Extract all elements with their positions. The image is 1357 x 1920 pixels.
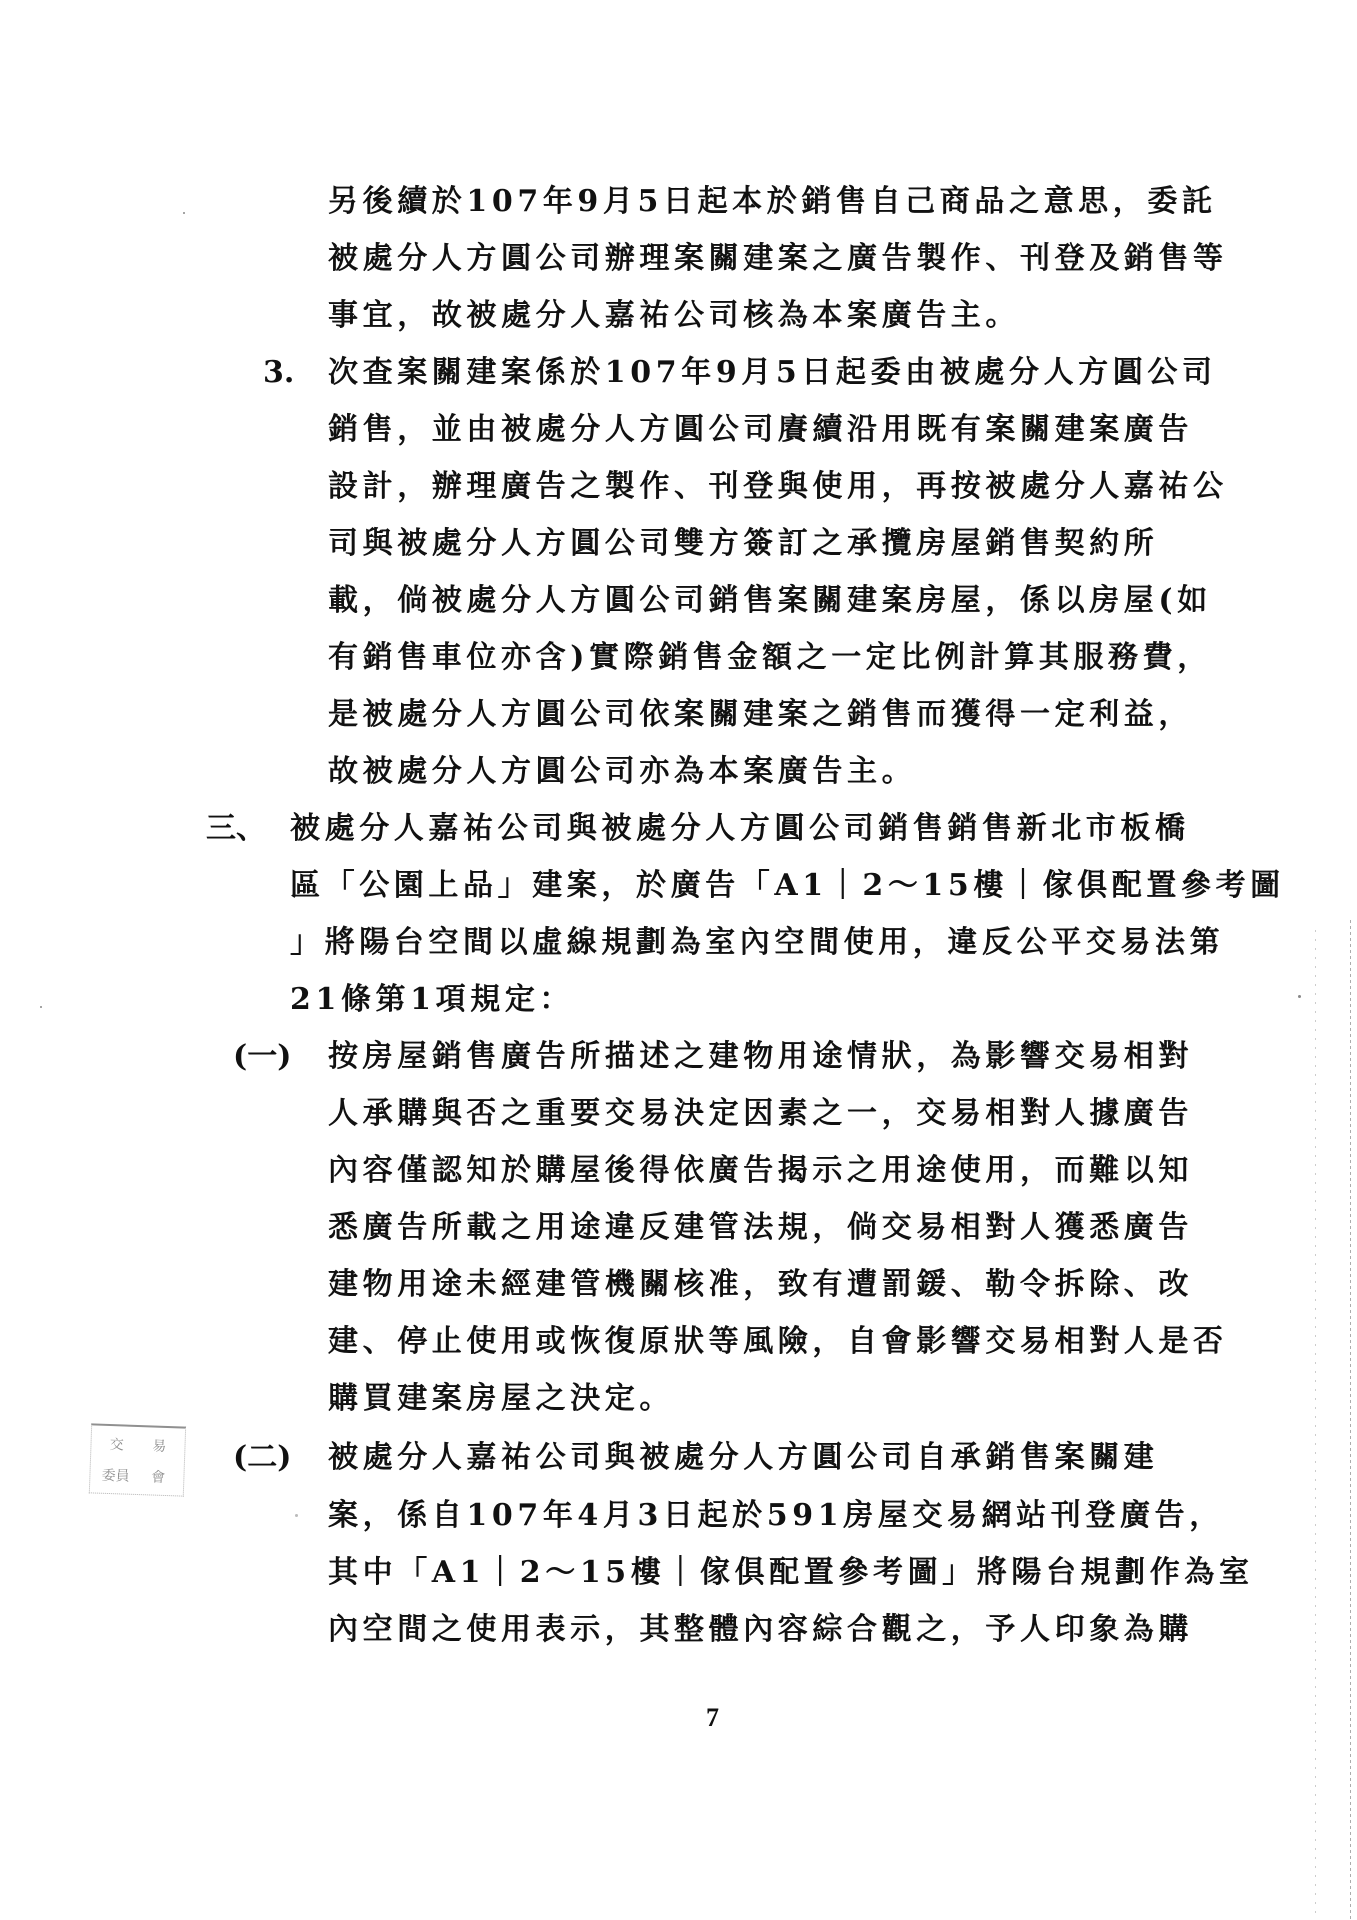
body-line: 被處分人嘉祐公司與被處分人方圓公司自承銷售案關建 [328, 1438, 1158, 1478]
body-line: 案，係自107年4月3日起於591房屋交易網站刊登廣告， [328, 1496, 1224, 1536]
scan-speck [1298, 995, 1301, 998]
scan-edge-line [1350, 920, 1351, 1920]
page-number: 7 [706, 1703, 719, 1733]
section-heading-line: 」將陽台空間以虛線規劃為室內空間使用，違反公平交易法第 [290, 923, 1224, 963]
body-line: 內空間之使用表示，其整體內容綜合觀之，予人印象為購 [328, 1610, 1193, 1650]
body-line: 按房屋銷售廣告所描述之建物用途情狀，為影響交易相對 [328, 1037, 1193, 1077]
body-line: 另後續於107年9月5日起本於銷售自己商品之意思，委託 [328, 182, 1217, 222]
body-line: 購買建案房屋之決定。 [328, 1379, 674, 1419]
body-line: 次查案關建案係於107年9月5日起委由被處分人方圓公司 [328, 353, 1217, 393]
body-line: 設計，辦理廣告之製作、刊登與使用，再按被處分人嘉祐公 [328, 467, 1228, 507]
stamp-char: 易 [142, 1435, 177, 1456]
body-line: 銷售，並由被處分人方圓公司賡續沿用既有案關建案廣告 [328, 410, 1193, 450]
subsection-marker-1: (一) [233, 1037, 291, 1077]
body-line: 載，倘被處分人方圓公司銷售案關建案房屋，係以房屋(如 [328, 581, 1212, 621]
official-seal-stamp: 交 易 委員 會 [89, 1423, 186, 1496]
body-line: 建物用途未經建管機關核准，致有遭罰鍰、勒令拆除、改 [328, 1265, 1193, 1305]
body-line: 人承購與否之重要交易決定因素之一，交易相對人據廣告 [328, 1094, 1193, 1134]
body-line: 悉廣告所載之用途違反建管法規，倘交易相對人獲悉廣告 [328, 1208, 1193, 1248]
stamp-char: 交 [99, 1433, 134, 1454]
scan-speck [295, 1514, 298, 1517]
subsection-marker-2: (二) [233, 1438, 291, 1478]
body-line: 其中「A1｜2～15樓｜傢俱配置參考圖」將陽台規劃作為室 [328, 1553, 1254, 1593]
body-line: 司與被處分人方圓公司雙方簽訂之承攬房屋銷售契約所 [328, 524, 1158, 564]
body-line: 是被處分人方圓公司依案關建案之銷售而獲得一定利益， [328, 695, 1193, 735]
body-line: 故被處分人方圓公司亦為本案廣告主。 [328, 752, 916, 792]
section-heading-line: 區「公園上品」建案，於廣告「A1｜2～15樓｜傢俱配置參考圖 [290, 866, 1285, 906]
scan-speck [40, 1006, 42, 1008]
section-heading-line: 21條第1項規定： [290, 980, 574, 1020]
scan-speck [183, 212, 185, 214]
stamp-char: 會 [141, 1466, 176, 1487]
scan-edge-line [1315, 930, 1316, 1920]
body-line: 建、停止使用或恢復原狀等風險，自會影響交易相對人是否 [328, 1322, 1228, 1362]
body-line: 事宜，故被處分人嘉祐公司核為本案廣告主。 [328, 296, 1020, 336]
list-marker-3: 3. [263, 353, 294, 393]
body-line: 內容僅認知於購屋後得依廣告揭示之用途使用，而難以知 [328, 1151, 1193, 1191]
document-page: 另後續於107年9月5日起本於銷售自己商品之意思，委託 被處分人方圓公司辦理案關… [0, 0, 1357, 1920]
section-heading-line: 被處分人嘉祐公司與被處分人方圓公司銷售銷售新北市板橋 [290, 809, 1190, 849]
stamp-char: 委員 [98, 1465, 133, 1486]
section-marker-3: 三、 [206, 809, 266, 849]
body-line: 有銷售車位亦含)實際銷售金額之一定比例計算其服務費， [328, 638, 1212, 678]
body-line: 被處分人方圓公司辦理案關建案之廣告製作、刊登及銷售等 [328, 239, 1228, 279]
